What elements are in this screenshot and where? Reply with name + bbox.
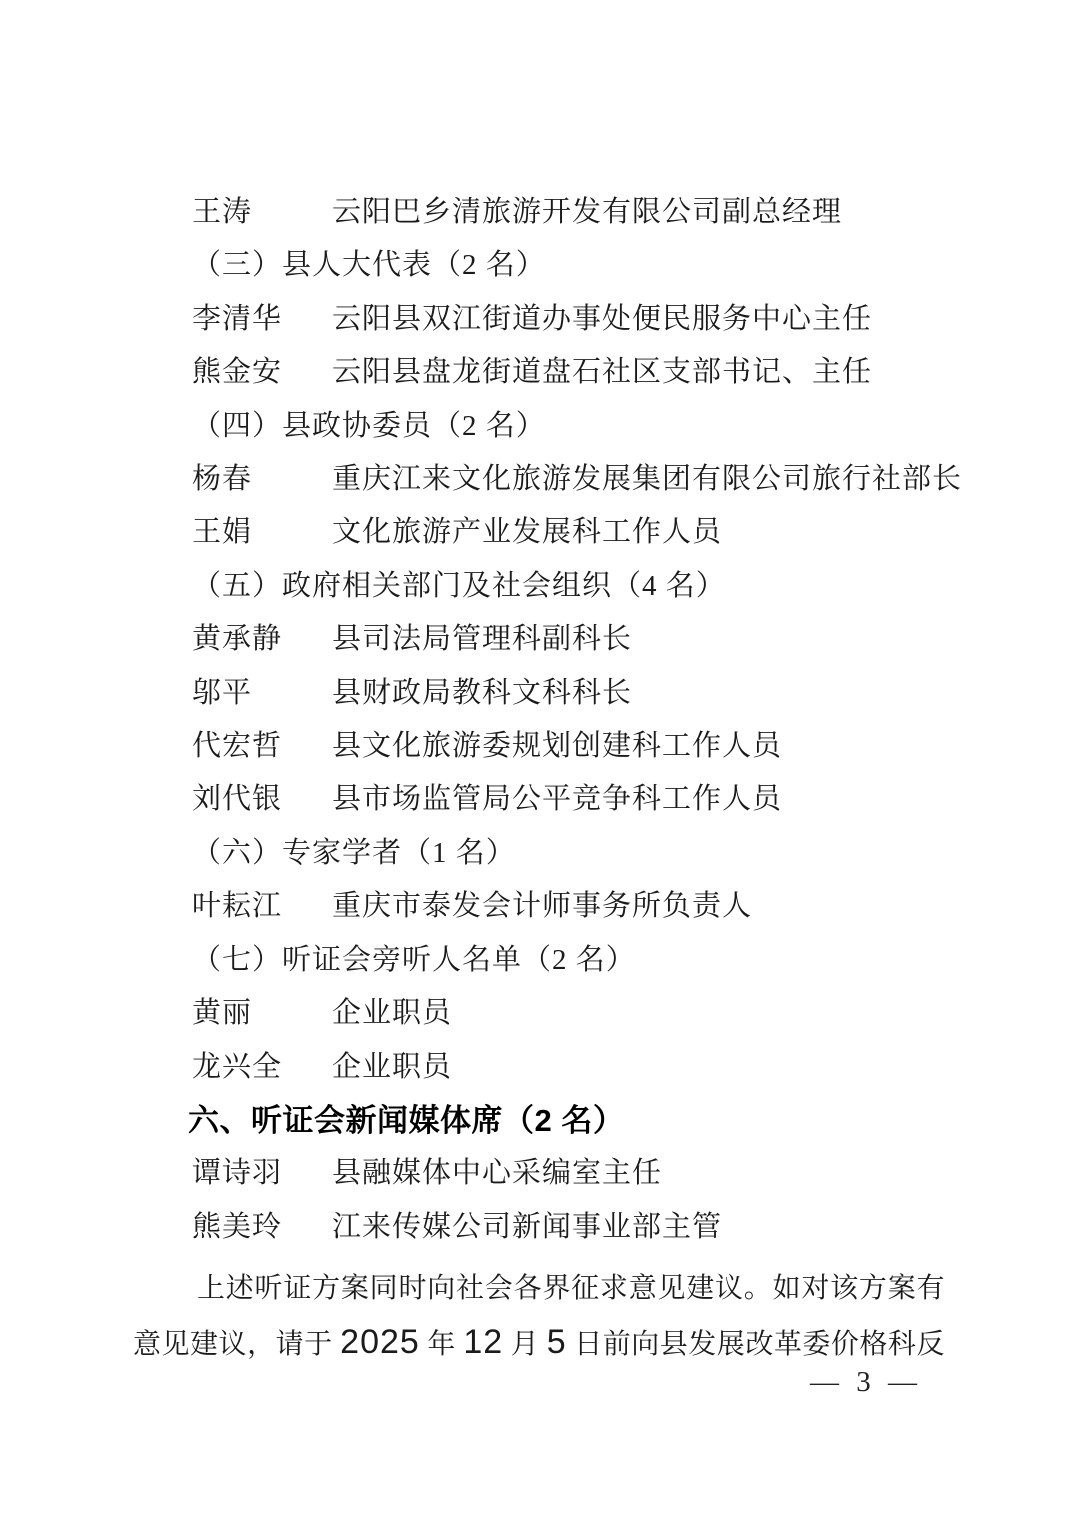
roster-section-heading: （三）县人大代表（2 名） — [133, 239, 945, 292]
person-title: 重庆江来文化旅游发展集团有限公司旅行社部长 — [332, 463, 962, 495]
person-title: 企业职员 — [332, 997, 452, 1029]
deadline-year-unit: 年 — [420, 1329, 464, 1360]
person-name: 王娟 — [192, 506, 332, 559]
person-name: 黄丽 — [192, 987, 332, 1040]
roster-section-heading: （四）县政协委员（2 名） — [133, 400, 945, 453]
person-name: 李清华 — [192, 293, 332, 346]
person-title: 云阳县双江街道办事处便民服务中心主任 — [332, 303, 872, 335]
person-name: 杨春 — [192, 453, 332, 506]
deadline-year: 2025 — [340, 1323, 420, 1361]
roster-entry: 叶耘江重庆市泰发会计师事务所负责人 — [133, 880, 945, 933]
closing-paragraph: 上述听证方案同时向社会各界征求意见建议。如对该方案有 意见建议，请于 2025 … — [133, 1262, 945, 1371]
roster-entry: 李清华云阳县双江街道办事处便民服务中心主任 — [133, 293, 945, 346]
person-title: 县市场监管局公平竞争科工作人员 — [332, 783, 782, 815]
person-title: 重庆市泰发会计师事务所负责人 — [332, 890, 752, 922]
roster-entry: 黄丽企业职员 — [133, 987, 945, 1040]
person-title: 县财政局教科文科科长 — [332, 677, 632, 709]
person-name: 熊金安 — [192, 346, 332, 399]
roster-entry: 代宏哲县文化旅游委规划创建科工作人员 — [133, 720, 945, 773]
roster-entry: 刘代银县市场监管局公平竞争科工作人员 — [133, 773, 945, 826]
section-label: （六）专家学者（1 名） — [192, 837, 516, 869]
person-name: 黄承静 — [192, 613, 332, 666]
person-name: 龙兴全 — [192, 1041, 332, 1094]
deadline-text-suffix: 日前向县发展改革委价格科反 — [567, 1329, 945, 1360]
person-name: 熊美玲 — [192, 1201, 332, 1254]
section-label: （五）政府相关部门及社会组织（4 名） — [192, 570, 726, 602]
roster-entry: 熊金安云阳县盘龙街道盘石社区支部书记、主任 — [133, 346, 945, 399]
person-name: 王涛 — [192, 186, 332, 239]
person-name: 刘代银 — [192, 773, 332, 826]
document-page: 王涛云阳巴乡清旅游开发有限公司副总经理 （三）县人大代表（2 名） 李清华云阳县… — [0, 0, 1074, 1520]
roster-entry: 谭诗羽县融媒体中心采编室主任 — [133, 1147, 945, 1200]
person-name: 谭诗羽 — [192, 1147, 332, 1200]
person-title: 县文化旅游委规划创建科工作人员 — [332, 730, 782, 762]
person-title: 县司法局管理科副科长 — [332, 623, 632, 655]
section-label: （七）听证会旁听人名单（2 名） — [192, 944, 636, 976]
person-name: 叶耘江 — [192, 880, 332, 933]
roster-entry: 熊美玲江来传媒公司新闻事业部主管 — [133, 1201, 945, 1254]
roster-section-heading: （五）政府相关部门及社会组织（4 名） — [133, 560, 945, 613]
media-section-heading: 六、听证会新闻媒体席（2 名） — [133, 1094, 945, 1147]
page-number: — 3 — — [810, 1366, 922, 1399]
deadline-day: 5 — [547, 1323, 567, 1361]
roster-section-heading: （六）专家学者（1 名） — [133, 827, 945, 880]
person-title: 县融媒体中心采编室主任 — [332, 1157, 662, 1189]
section-label: （三）县人大代表（2 名） — [192, 249, 546, 281]
roster-entry: 杨春重庆江来文化旅游发展集团有限公司旅行社部长 — [133, 453, 945, 506]
person-name: 代宏哲 — [192, 720, 332, 773]
roster-entry: 龙兴全企业职员 — [133, 1041, 945, 1094]
section-label: （四）县政协委员（2 名） — [192, 410, 546, 442]
roster-entry: 黄承静县司法局管理科副科长 — [133, 613, 945, 666]
deadline-month-unit: 月 — [503, 1329, 547, 1360]
deadline-text-prefix: 意见建议，请于 — [133, 1329, 340, 1360]
document-content: 王涛云阳巴乡清旅游开发有限公司副总经理 （三）县人大代表（2 名） 李清华云阳县… — [133, 186, 945, 1371]
person-name: 邬平 — [192, 667, 332, 720]
media-section-label: 六、听证会新闻媒体席（2 名） — [188, 1103, 624, 1138]
deadline-month: 12 — [463, 1323, 503, 1361]
roster-entry: 王娟文化旅游产业发展科工作人员 — [133, 506, 945, 559]
closing-paragraph-line2: 意见建议，请于 2025 年 12 月 5 日前向县发展改革委价格科反 — [133, 1316, 945, 1371]
person-title: 云阳县盘龙街道盘石社区支部书记、主任 — [332, 356, 872, 388]
roster-entry: 邬平县财政局教科文科科长 — [133, 667, 945, 720]
person-title: 文化旅游产业发展科工作人员 — [332, 516, 722, 548]
closing-paragraph-line1: 上述听证方案同时向社会各界征求意见建议。如对该方案有 — [133, 1262, 945, 1315]
person-title: 江来传媒公司新闻事业部主管 — [332, 1211, 722, 1243]
person-title: 云阳巴乡清旅游开发有限公司副总经理 — [332, 196, 842, 228]
roster-section-heading: （七）听证会旁听人名单（2 名） — [133, 934, 945, 987]
roster-entry: 王涛云阳巴乡清旅游开发有限公司副总经理 — [133, 186, 945, 239]
person-title: 企业职员 — [332, 1051, 452, 1083]
